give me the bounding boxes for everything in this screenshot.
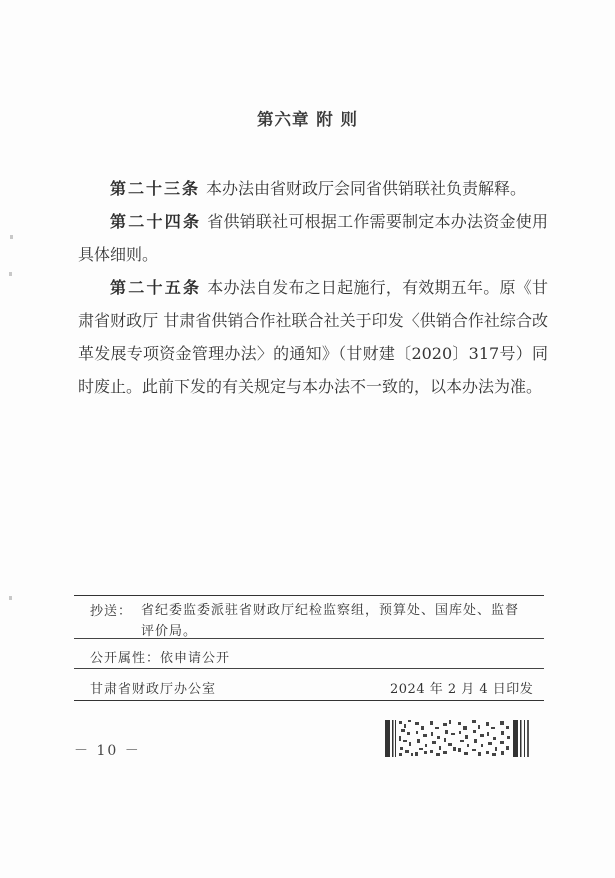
barcode-icon <box>385 720 537 757</box>
divider <box>74 668 544 669</box>
chapter-title: 第六章 附 则 <box>0 106 615 130</box>
scan-mark <box>10 235 13 239</box>
article-label: 第二十三条 <box>110 179 200 198</box>
divider <box>74 700 544 701</box>
article-24: 第二十四条省供销联社可根据工作需要制定本办法资金使用具体细则。 <box>78 205 548 271</box>
divider <box>74 638 544 639</box>
article-25: 第二十五条本办法自发布之日起施行，有效期五年。原《甘肃省财政厅 甘肃省供销合作社… <box>78 271 548 403</box>
disclosure-attribute: 公开属性：依申请公开 <box>90 647 230 666</box>
article-text: 本办法由省财政厅会同省供销联社负责解释。 <box>206 179 526 198</box>
article-label: 第二十五条 <box>110 278 201 297</box>
divider <box>74 595 544 596</box>
article-label: 第二十四条 <box>110 212 201 231</box>
issue-date: 2024 年 2 月 4 日印发 <box>390 678 533 697</box>
cc-recipients: 省纪委监委派驻省财政厅纪检监察组，预算处、国库处、监督评价局。 <box>141 600 531 642</box>
scan-mark <box>9 272 12 276</box>
scan-mark <box>9 596 12 600</box>
page-number: － 10 － <box>74 740 141 760</box>
article-23: 第二十三条本办法由省财政厅会同省供销联社负责解释。 <box>78 172 548 205</box>
issuing-office: 甘肃省财政厅办公室 <box>90 678 216 697</box>
cc-label: 抄送： <box>90 600 132 619</box>
